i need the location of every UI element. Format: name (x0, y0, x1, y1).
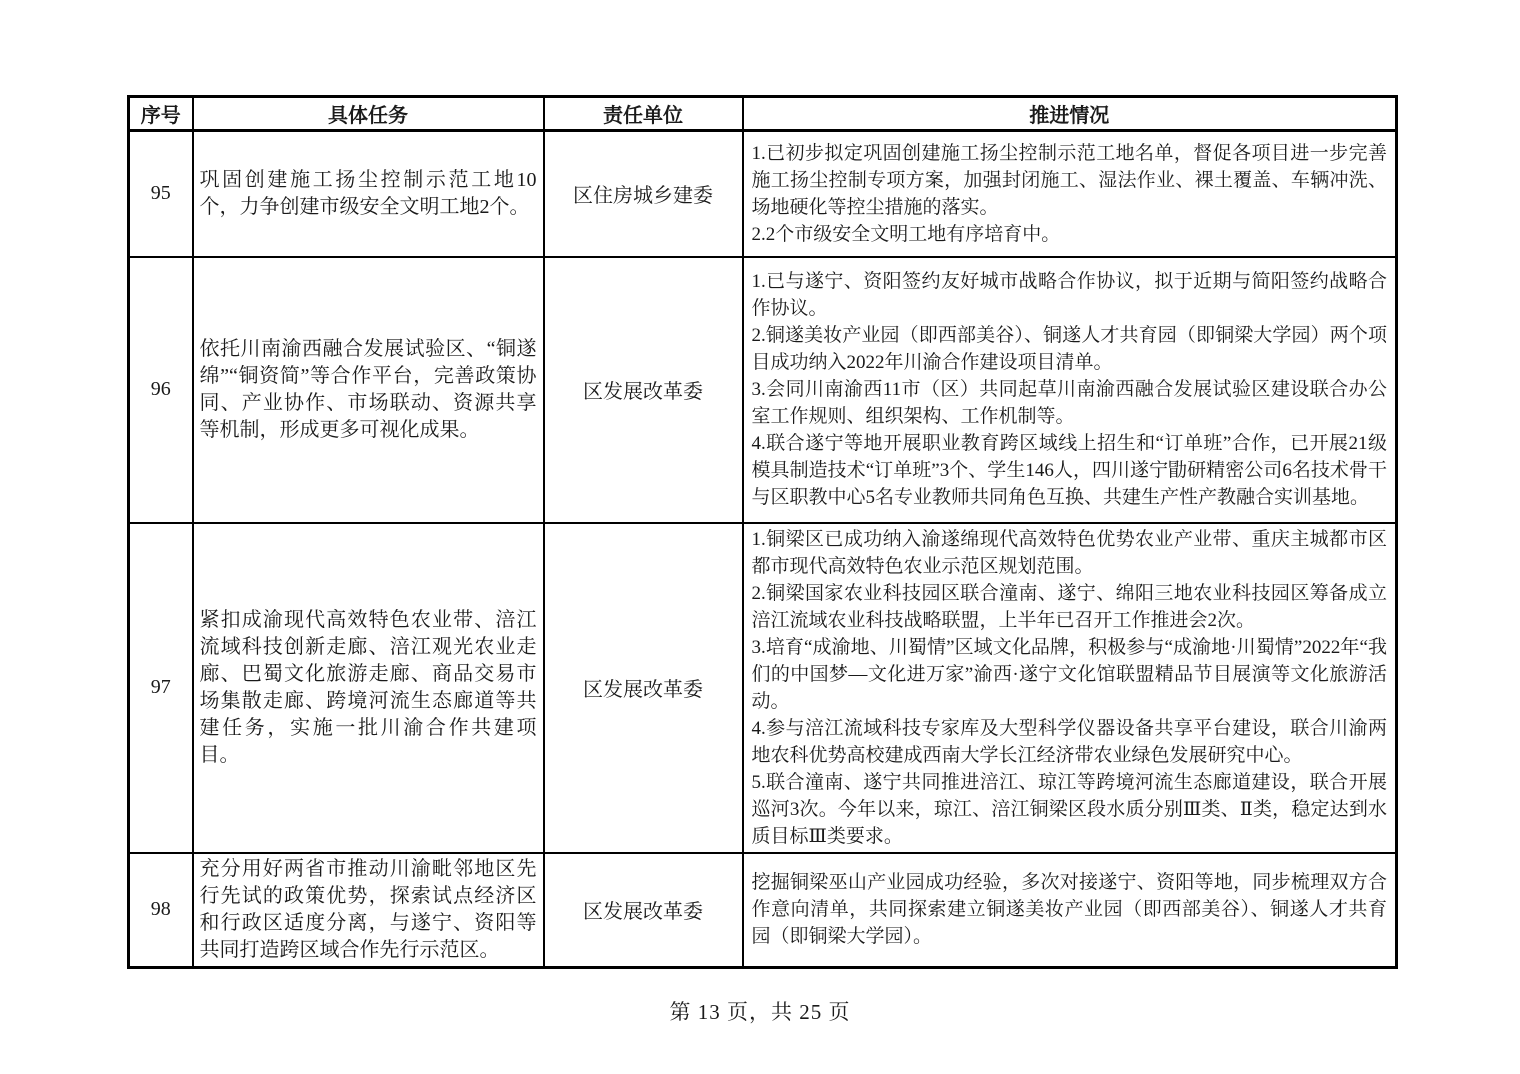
cell-task: 紧扣成渝现代高效特色农业带、涪江流域科技创新走廊、涪江观光农业走廊、巴蜀文化旅游… (193, 523, 544, 853)
page-footer: 第 13 页，共 25 页 (0, 996, 1520, 1026)
cell-progress: 1.已与遂宁、资阳签约友好城市战略合作协议，拟于近期与简阳签约战略合作协议。 2… (743, 257, 1397, 523)
cell-row-number: 97 (129, 523, 193, 853)
header-row: 序号 具体任务 责任单位 推进情况 (129, 97, 1397, 131)
progress-table: 序号 具体任务 责任单位 推进情况 95 巩固创建施工扬尘控制示范工地10个，力… (127, 95, 1398, 969)
cell-task: 巩固创建施工扬尘控制示范工地10个，力争创建市级安全文明工地2个。 (193, 131, 544, 257)
table-header: 序号 具体任务 责任单位 推进情况 (129, 97, 1397, 131)
cell-task: 依托川南渝西融合发展试验区、“铜遂绵”“铜资简”等合作平台，完善政策协同、产业协… (193, 257, 544, 523)
cell-row-number: 96 (129, 257, 193, 523)
cell-progress: 1.已初步拟定巩固创建施工扬尘控制示范工地名单，督促各项目进一步完善施工扬尘控制… (743, 131, 1397, 257)
col-header-progress: 推进情况 (743, 97, 1397, 131)
col-header-index: 序号 (129, 97, 193, 131)
cell-unit: 区住房城乡建委 (544, 131, 743, 257)
table-row-96: 96 依托川南渝西融合发展试验区、“铜遂绵”“铜资简”等合作平台，完善政策协同、… (129, 257, 1397, 523)
table-row-97: 97 紧扣成渝现代高效特色农业带、涪江流域科技创新走廊、涪江观光农业走廊、巴蜀文… (129, 523, 1397, 853)
cell-unit: 区发展改革委 (544, 853, 743, 968)
cell-task: 充分用好两省市推动川渝毗邻地区先行先试的政策优势，探索试点经济区和行政区适度分离… (193, 853, 544, 968)
cell-row-number: 98 (129, 853, 193, 968)
document-page: 序号 具体任务 责任单位 推进情况 95 巩固创建施工扬尘控制示范工地10个，力… (0, 0, 1520, 1074)
cell-progress: 挖掘铜梁巫山产业园成功经验，多次对接遂宁、资阳等地，同步梳理双方合作意向清单，共… (743, 853, 1397, 968)
cell-row-number: 95 (129, 131, 193, 257)
cell-progress: 1.铜梁区已成功纳入渝遂绵现代高效特色优势农业产业带、重庆主城都市区都市现代高效… (743, 523, 1397, 853)
cell-unit: 区发展改革委 (544, 523, 743, 853)
table-row-98: 98 充分用好两省市推动川渝毗邻地区先行先试的政策优势，探索试点经济区和行政区适… (129, 853, 1397, 968)
table-row-95: 95 巩固创建施工扬尘控制示范工地10个，力争创建市级安全文明工地2个。 区住房… (129, 131, 1397, 257)
cell-unit: 区发展改革委 (544, 257, 743, 523)
col-header-task: 具体任务 (193, 97, 544, 131)
col-header-unit: 责任单位 (544, 97, 743, 131)
